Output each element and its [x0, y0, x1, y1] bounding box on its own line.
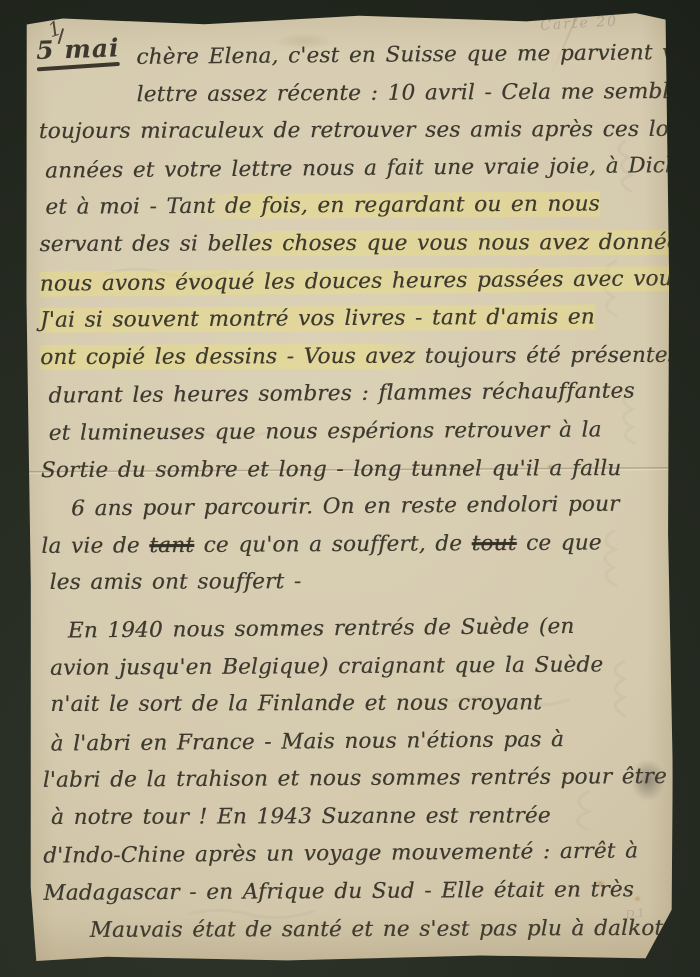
letter-line-text: la vie de tant ce qu'on a souffert, de t… — [41, 530, 601, 558]
letter-line-text: avion jusqu'en Belgique) craignant que l… — [50, 652, 603, 680]
pencil-note-top-right: Carte 20 — [540, 13, 619, 34]
letter-line: nous avons évoqué les douces heures pass… — [40, 260, 660, 303]
letter-line-text: et à moi - Tant de fois, en regardant ou… — [45, 192, 600, 220]
letter-line: durant les heures sombres : flammes réch… — [40, 373, 660, 416]
letter-line-text: à l'abri en France - Mais nous n'étions … — [50, 727, 564, 756]
letter-line: la vie de tant ce qu'on a souffert, de t… — [41, 524, 661, 565]
letter-line: Mauvais état de santé et ne s'est pas pl… — [44, 910, 664, 950]
letter-line-text: 6 ans pour parcourir. On en reste endolo… — [71, 492, 620, 522]
letter-line-text: années et votre lettre nous a fait une v… — [45, 153, 674, 184]
letter-line: avion jusqu'en Belgique) craignant que l… — [42, 646, 662, 687]
letter-line: à l'abri en France - Mais nous n'étions … — [42, 720, 662, 763]
letter-line-text: n'ait le sort de la Finlande et nous cro… — [50, 690, 542, 717]
letter-line-text: toujours miraculeux de retrouver ses ami… — [39, 117, 674, 144]
letter-line-text: les amis ont souffert - — [50, 569, 302, 595]
letter-line: Madagascar - en Afrique du Sud - Elle ét… — [43, 871, 663, 912]
struck-word: tout — [472, 531, 517, 556]
letter-line-text: chère Elena, c'est en Suisse que me parv… — [136, 40, 674, 70]
letter-line: n'ait le sort de la Finlande et nous cro… — [42, 684, 662, 724]
letter-line: chère Elena, c'est en Suisse que me parv… — [38, 34, 658, 77]
letter-lines: chère Elena, c'est en Suisse que me parv… — [38, 35, 664, 950]
letter-line: à notre tour ! En 1943 Suzanne est rentr… — [43, 797, 663, 837]
letter-line-text: ont copié les dessins - Vous avez toujou… — [40, 343, 674, 370]
letter-line-text: Madagascar - en Afrique du Sud - Elle ét… — [43, 877, 634, 906]
letter-line-text: En 1940 nous sommes rentrés de Suède (en — [68, 614, 575, 643]
letter-line: et lumineuses que nous espérions retrouv… — [41, 411, 661, 452]
letter-line-text: Mauvais état de santé et ne s'est pas pl… — [90, 916, 674, 943]
letter-line-text: durant les heures sombres : flammes réch… — [48, 379, 634, 409]
letter-line: En 1940 nous sommes rentrés de Suède (en — [42, 607, 662, 650]
letter-line: toujours miraculeux de retrouver ses ami… — [39, 111, 659, 151]
letter-line-text: l'abri de la trahison et nous sommes ren… — [43, 764, 674, 793]
letter-line-text: J'ai si souvent montré vos livres - tant… — [40, 305, 595, 333]
letter-line-text: Sortie du sombre et long - long tunnel q… — [41, 456, 621, 483]
letter-line-text: servant des si belles choses que vous no… — [39, 230, 673, 257]
letter-line: les amis ont souffert - — [42, 562, 662, 602]
struck-word: tant — [149, 533, 194, 558]
letter-line: servant des si belles choses que vous no… — [39, 224, 659, 264]
letter-line-text: nous avons évoqué les douces heures pass… — [40, 265, 674, 296]
letter-line-text: et lumineuses que nous espérions retrouv… — [49, 417, 602, 445]
letter-line: années et votre lettre nous a fait une v… — [39, 147, 659, 190]
letter-page: Carte 20 1 5 mai chère Elena, c'est en S… — [24, 11, 674, 963]
scanned-letter-scene: Carte 20 1 5 mai chère Elena, c'est en S… — [0, 0, 700, 977]
letter-line: l'abri de la trahison et nous sommes ren… — [43, 758, 663, 799]
letter-line: ont copié les dessins - Vous avez toujou… — [40, 337, 660, 377]
letter-line-text: lettre assez récente : 10 avril - Cela m… — [137, 79, 674, 107]
letter-line: Sortie du sombre et long - long tunnel q… — [41, 449, 661, 489]
letter-line-text: d'Indo-Chine après un voyage mouvementé … — [43, 839, 638, 869]
letter-line: d'Indo-Chine après un voyage mouvementé … — [43, 833, 663, 876]
letter-line: J'ai si souvent montré vos livres - tant… — [40, 298, 660, 339]
letter-line-text: à notre tour ! En 1943 Suzanne est rentr… — [51, 803, 551, 830]
letter-line: 6 ans pour parcourir. On en reste endolo… — [41, 485, 661, 528]
letter-line: lettre assez récente : 10 avril - Cela m… — [38, 73, 658, 114]
letter-line: et à moi - Tant de fois, en regardant ou… — [39, 185, 659, 226]
